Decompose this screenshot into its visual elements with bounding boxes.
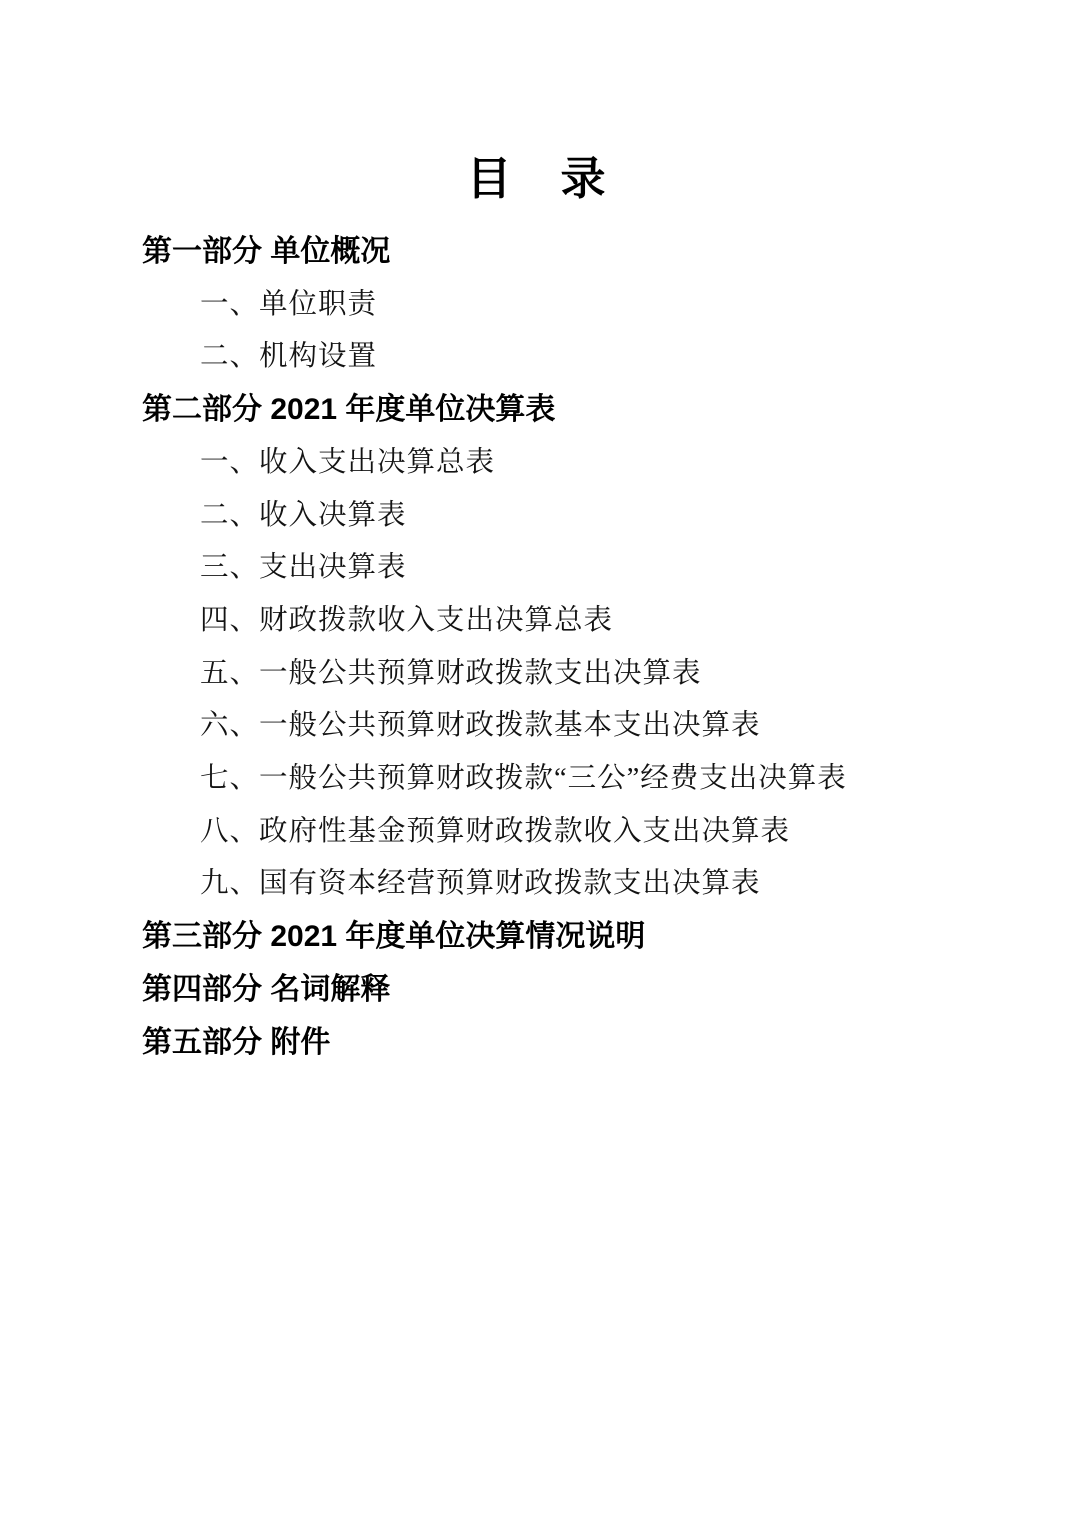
toc-section-4-heading: 第四部分 名词解释 [142,964,974,1017]
toc-item-government-fund-budget: 八、政府性基金预算财政拨款收入支出决算表 [142,806,974,859]
toc-item-organization-setup: 二、机构设置 [142,331,974,384]
table-of-contents: 第一部分 单位概况 一、单位职责 二、机构设置 第二部分 2021 年度单位决算… [0,226,1074,1069]
toc-section-2-heading: 第二部分 2021 年度单位决算表 [142,384,974,437]
toc-item-income-statement: 二、收入决算表 [142,490,974,543]
toc-item-expenditure-statement: 三、支出决算表 [142,542,974,595]
toc-section-3-heading: 第三部分 2021 年度单位决算情况说明 [142,911,974,964]
toc-item-unit-duties: 一、单位职责 [142,279,974,332]
page-title: 目 录 [0,150,1074,208]
toc-item-three-public-funds: 七、一般公共预算财政拨款“三公”经费支出决算表 [142,753,974,806]
toc-item-general-public-budget-basic-expenditure: 六、一般公共预算财政拨款基本支出决算表 [142,700,974,753]
toc-item-state-capital-budget: 九、国有资本经营预算财政拨款支出决算表 [142,858,974,911]
toc-item-general-public-budget-expenditure: 五、一般公共预算财政拨款支出决算表 [142,648,974,701]
toc-section-1-heading: 第一部分 单位概况 [142,226,974,279]
toc-item-income-expenditure-summary: 一、收入支出决算总表 [142,437,974,490]
document-page: 目 录 第一部分 单位概况 一、单位职责 二、机构设置 第二部分 2021 年度… [0,0,1074,1520]
toc-item-fiscal-appropriation-summary: 四、财政拨款收入支出决算总表 [142,595,974,648]
toc-section-5-heading: 第五部分 附件 [142,1017,974,1070]
